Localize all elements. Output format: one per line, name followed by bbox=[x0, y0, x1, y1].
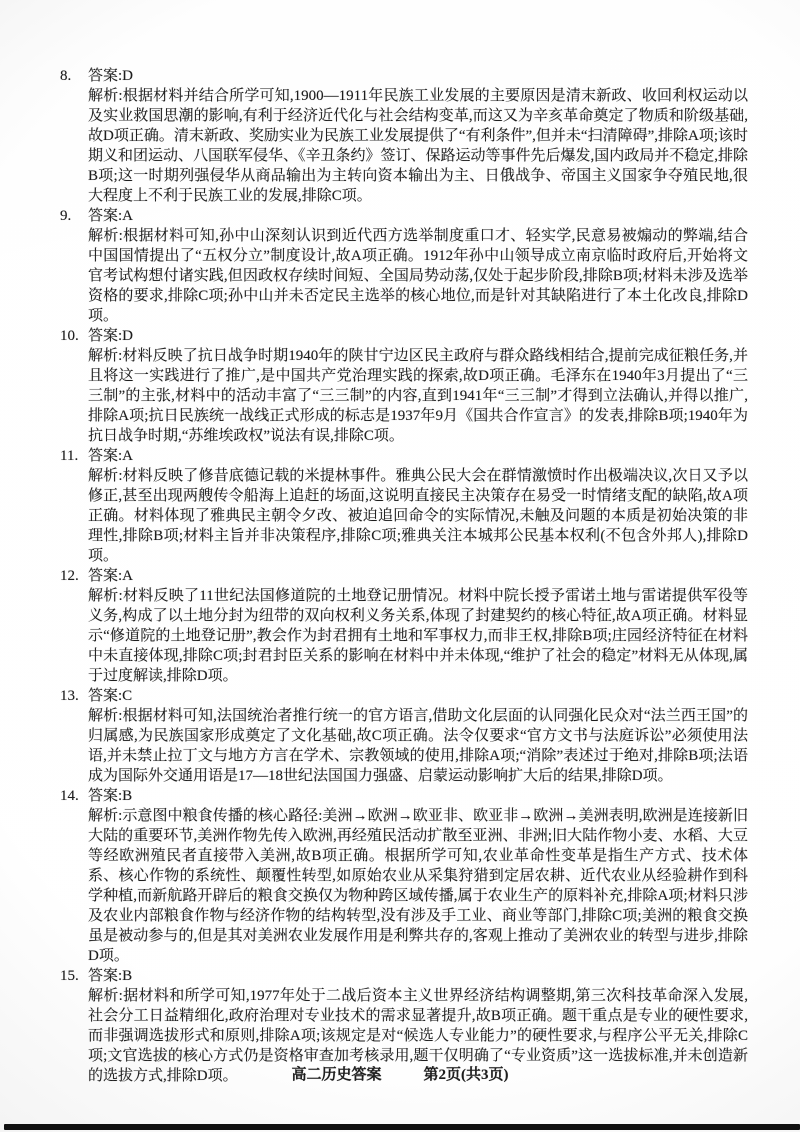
footer-doc-title: 高二历史答案 bbox=[291, 1063, 381, 1084]
answer-explanation: 解析:根据材料可知,法国统治者推行统一的官方语言,借助文化层面的认同强化民众对“… bbox=[88, 706, 748, 786]
answer-explanation: 解析:材料反映了抗日战争时期1940年的陕甘宁边区民主政府与群众路线相结合,提前… bbox=[88, 346, 748, 446]
answer-item-12: 12.答案:A 解析:材料反映了11世纪法国修道院的土地登记册情况。材料中院长授… bbox=[60, 566, 748, 686]
question-number: 8. bbox=[60, 66, 71, 86]
answer-item-11: 11.答案:A 解析:材料反映了修昔底德记载的米提林事件。雅典公民大会在群情激愤… bbox=[60, 446, 748, 566]
answer-explanation: 解析:根据材料可知,孙中山深刻认识到近代西方选举制度重口才、轻实学,民意易被煽动… bbox=[88, 226, 748, 326]
answer-item-9: 9.答案:A 解析:根据材料可知,孙中山深刻认识到近代西方选举制度重口才、轻实学… bbox=[60, 206, 748, 326]
answer-label: 答案: bbox=[88, 208, 122, 224]
question-number: 13. bbox=[60, 686, 79, 706]
answer-line: 8.答案:D bbox=[88, 66, 748, 86]
answer-item-8: 8.答案:D 解析:根据材料并结合所学可知,1900—1911年民族工业发展的主… bbox=[60, 66, 748, 206]
question-number: 14. bbox=[60, 786, 79, 806]
answer-letter: C bbox=[122, 688, 132, 704]
answers-section: 8.答案:D 解析:根据材料并结合所学可知,1900—1911年民族工业发展的主… bbox=[60, 66, 748, 1086]
answer-line: 13.答案:C bbox=[88, 686, 748, 706]
answer-label: 答案: bbox=[88, 448, 122, 464]
answer-letter: D bbox=[122, 68, 133, 84]
answer-explanation: 解析:材料反映了修昔底德记载的米提林事件。雅典公民大会在群情激愤时作出极端决议,… bbox=[88, 466, 748, 566]
answer-label: 答案: bbox=[88, 68, 122, 84]
answer-explanation: 解析:示意图中粮食传播的核心路径:美洲→欧洲→欧亚非、欧亚非→欧洲→美洲表明,欧… bbox=[88, 806, 748, 966]
answer-label: 答案: bbox=[88, 688, 122, 704]
answer-letter: A bbox=[122, 448, 133, 464]
answer-line: 9.答案:A bbox=[88, 206, 748, 226]
question-number: 9. bbox=[60, 206, 71, 226]
answer-label: 答案: bbox=[88, 968, 122, 984]
footer-page-indicator: 第2页(共3页) bbox=[424, 1063, 509, 1084]
answer-letter: B bbox=[122, 788, 132, 804]
answer-item-14: 14.答案:B 解析:示意图中粮食传播的核心路径:美洲→欧洲→欧亚非、欧亚非→欧… bbox=[60, 786, 748, 966]
answer-label: 答案: bbox=[88, 788, 122, 804]
scan-edge-artifact bbox=[4, 1124, 800, 1130]
answer-line: 12.答案:A bbox=[88, 566, 748, 586]
scanned-answer-sheet: 8.答案:D 解析:根据材料并结合所学可知,1900—1911年民族工业发展的主… bbox=[0, 0, 800, 1132]
answer-item-13: 13.答案:C 解析:根据材料可知,法国统治者推行统一的官方语言,借助文化层面的… bbox=[60, 686, 748, 786]
question-number: 15. bbox=[60, 966, 79, 986]
question-number: 10. bbox=[60, 326, 79, 346]
answer-line: 10.答案:D bbox=[88, 326, 748, 346]
answer-letter: A bbox=[122, 568, 133, 584]
answer-label: 答案: bbox=[88, 328, 122, 344]
answer-line: 11.答案:A bbox=[88, 446, 748, 466]
answer-letter: A bbox=[122, 208, 133, 224]
question-number: 12. bbox=[60, 566, 79, 586]
question-number: 11. bbox=[60, 446, 78, 466]
page-footer: 高二历史答案 第2页(共3页) bbox=[0, 1063, 800, 1084]
answer-letter: D bbox=[122, 328, 133, 344]
answer-line: 15.答案:B bbox=[88, 966, 748, 986]
answer-label: 答案: bbox=[88, 568, 122, 584]
answer-explanation: 解析:材料反映了11世纪法国修道院的土地登记册情况。材料中院长授予雷诺土地与雷诺… bbox=[88, 586, 748, 686]
answer-explanation: 解析:根据材料并结合所学可知,1900—1911年民族工业发展的主要原因是清末新… bbox=[88, 86, 748, 206]
answer-item-10: 10.答案:D 解析:材料反映了抗日战争时期1940年的陕甘宁边区民主政府与群众… bbox=[60, 326, 748, 446]
answer-line: 14.答案:B bbox=[88, 786, 748, 806]
answer-letter: B bbox=[122, 968, 132, 984]
